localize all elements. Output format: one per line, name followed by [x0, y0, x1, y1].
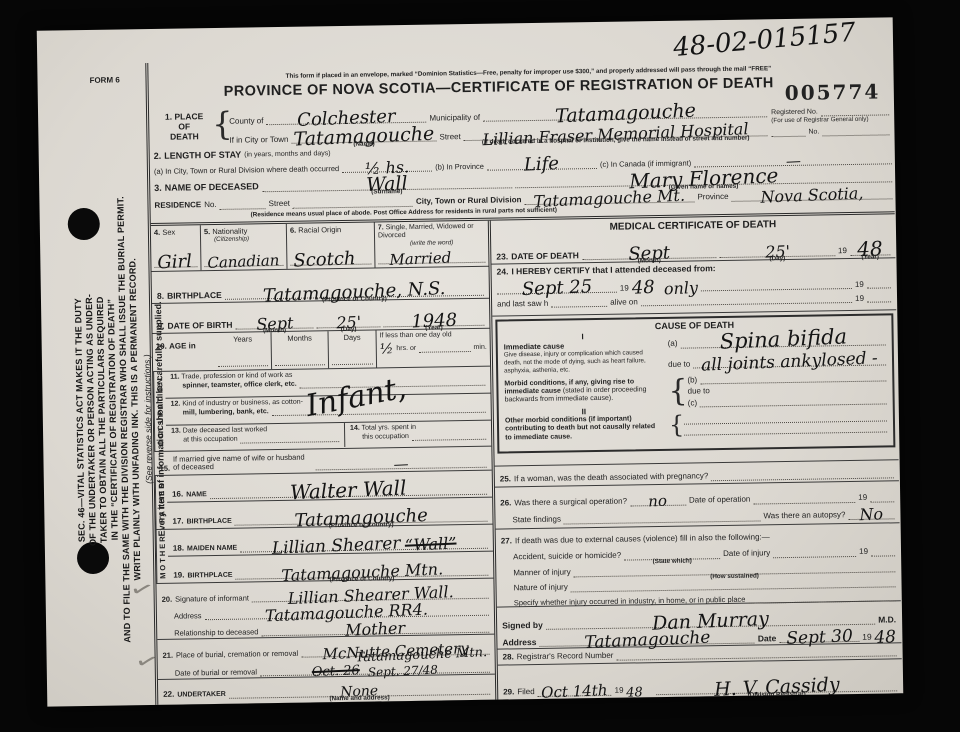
- external-causes-section: 27. If death was due to external causes …: [496, 523, 901, 607]
- cause-due-value: all joints ankylosed -: [701, 351, 878, 373]
- informant-relationship-field: Mother: [261, 621, 489, 636]
- nationality-value: Canadian: [207, 254, 280, 270]
- length-of-stay-note: (in years, months and days): [244, 151, 330, 161]
- physician-date-label: Date: [758, 633, 777, 643]
- accident-label: Accident, suicide or homicide?: [513, 551, 621, 562]
- morbid-conditions-label: Morbid conditions, if any, giving rise t…: [504, 378, 662, 406]
- cause-a-field: Spina bifida: [680, 329, 885, 348]
- filed-row: 29. Filed Oct 14th 19 48 H. V. Cassidy(D…: [498, 659, 902, 699]
- father-birthplace-label: BIRTHPLACE: [187, 517, 232, 526]
- age-hours-value: ½: [380, 344, 394, 356]
- father-birthplace-row: 17. BIRTHPLACE Tatamagouche(Province or …: [167, 498, 492, 529]
- municipality-label: Municipality of: [429, 112, 480, 122]
- racial-origin-label: Racial Origin: [298, 225, 341, 235]
- operation-label: Was there a surgical operation?: [514, 497, 627, 508]
- registered-no-field: [821, 105, 889, 116]
- racial-origin-cell: 6. Racial Origin Scotch: [287, 222, 376, 268]
- state-findings-field: [564, 511, 761, 524]
- certify-from-value: Sept 25: [521, 279, 592, 297]
- informant-section: 20. Signature of informant Lillian Shear…: [156, 579, 494, 640]
- nature-of-injury-label: Nature of injury: [513, 583, 567, 593]
- cause-due-field: all joints ankylosed -: [693, 353, 886, 368]
- undertaker-field: None(Name and address): [229, 685, 491, 699]
- father-side-label: FATHER: [155, 476, 168, 529]
- burial-section: 21. Place of burial, cremation or remova…: [157, 635, 495, 680]
- residence-province-field: Nova Scotia,: [731, 187, 892, 201]
- county-field: Colchester: [266, 109, 426, 125]
- mother-maiden-label: MAIDEN NAME: [187, 544, 237, 553]
- form-body: 4. Sex Girl 5. Nationality (Citizenship)…: [151, 211, 903, 706]
- residence-no-label: No.: [204, 200, 217, 210]
- age-row: 10. AGE in Years Months Days: [153, 329, 491, 372]
- mother-birthplace-row: 19. BIRTHPLACE Tatamagouche Mtn.(Provinc…: [168, 552, 493, 583]
- stay-c-value: —: [785, 155, 801, 168]
- accident-field: (State which): [624, 549, 720, 561]
- no-label: No.: [808, 128, 819, 137]
- spouse-field: —: [316, 457, 487, 470]
- burial-date-label: Date of burial or removal: [175, 667, 257, 677]
- physician-address-label: Address: [502, 637, 536, 648]
- registrar-only-note: (For use of Registrar General only): [771, 115, 889, 124]
- personal-column: 4. Sex Girl 5. Nationality (Citizenship)…: [151, 221, 498, 705]
- sex-value: Girl: [157, 254, 192, 271]
- dob-year-field: 1948(Year): [383, 312, 484, 327]
- city-label: If in City or Town: [229, 134, 288, 145]
- cause-a-value: Spina bifida: [719, 328, 847, 351]
- residence-city-label: City, Town or Rural Division: [416, 195, 522, 206]
- pencil-checkmark-icon: ✓: [127, 575, 156, 604]
- undertaker-row: 22. UNDERTAKER None(Name and address): [158, 675, 495, 702]
- informant-signature-label: Signature of informant: [175, 594, 249, 604]
- occupation-q14: 14. Total yrs. spent in this occupation: [344, 421, 491, 447]
- age-days-label: Days: [332, 333, 373, 343]
- marital-status-cell: 7. Single, Married, Widowed or Divorced …: [375, 221, 489, 268]
- place-of-death-section: 1. PLACE OF DEATH { County of Colchester…: [149, 99, 893, 147]
- autopsy-label: Was there an autopsy?: [763, 511, 845, 522]
- certificate-paper: SEC. 46—VITAL STATISTICS ACT MAKES IT TH…: [37, 17, 904, 706]
- father-name-label: NAME: [186, 491, 207, 500]
- pregnancy-label: If a woman, was the death associated wit…: [514, 472, 708, 485]
- division-registrar-field: H. V. Cassidy(Division Registrar): [656, 677, 897, 695]
- residence-no-field: [220, 199, 266, 210]
- birthplace-row: 8. BIRTHPLACE Tatamagouche, N.S.(Provinc…: [152, 267, 489, 304]
- autopsy-field: No: [848, 508, 894, 520]
- certify-only-value: only: [663, 281, 698, 296]
- marital-label: Single, Married, Widowed or Divorced: [378, 223, 474, 240]
- residence-province-value: Nova Scotia,: [760, 186, 864, 204]
- stay-a-field: ½ hs.: [342, 160, 432, 173]
- registrar-record-field: [616, 646, 896, 660]
- father-name-value: Walter Wall: [290, 479, 407, 501]
- surname-field: Wall(Surname): [262, 174, 512, 192]
- age-hours-cell: If less than one day old ½ hrs. or min.: [376, 329, 490, 368]
- age-hours-label: hrs. or: [396, 344, 416, 353]
- father-group: FATHER 16. NAME Walter Wall 17. BIRTHPLA…: [155, 471, 493, 530]
- date-of-death-label: DATE OF DEATH: [511, 250, 579, 261]
- stay-b-field: Life: [487, 156, 597, 171]
- other-morbid-label: Other morbid conditions (if important) c…: [505, 415, 663, 443]
- dod-month-field: Sept(Month): [582, 245, 717, 260]
- mother-maiden-struck-value: “Wall”: [404, 537, 456, 553]
- occupation-group: OCCUPATION 11. Trade, profession or kind…: [153, 367, 491, 452]
- filed-date-field: Oct 14th: [538, 685, 612, 697]
- occupation-q13: 13. Date deceased last worked at this oc…: [166, 423, 344, 450]
- cause-b-field: [700, 372, 886, 385]
- form-number-label: FORM 6: [89, 75, 119, 84]
- sex-label: Sex: [162, 228, 175, 237]
- immediate-cause-note: Give disease, injury or complication whi…: [504, 349, 662, 375]
- spouse-label: If married give name of wife or husband …: [173, 453, 313, 472]
- operation-value: no: [648, 495, 667, 509]
- marital-value: Married: [389, 252, 451, 267]
- undertaker-label: UNDERTAKER: [177, 690, 226, 699]
- autopsy-value: No: [859, 508, 883, 523]
- physician-signature-section: Signed by Dan Murray M.D. Address Tatama…: [497, 601, 902, 649]
- residence-city-field: Tatamagouche Mt.: [524, 190, 694, 204]
- spouse-value: —: [394, 458, 410, 471]
- operation-section: 26. Was there a surgical operation? no D…: [495, 481, 900, 529]
- age-years-cell: Years: [215, 332, 273, 370]
- residence-street-field: [293, 196, 413, 208]
- dod-day-field: 25'(Day): [719, 245, 835, 258]
- residence-province-label: Province: [697, 192, 728, 202]
- mother-side-label: MOTHER: [156, 530, 169, 583]
- age-label: AGE in: [169, 341, 196, 350]
- name-of-deceased-label: NAME OF DECEASED: [165, 182, 259, 194]
- filed-year-value: 48: [626, 687, 643, 699]
- filed-label: Filed: [517, 687, 534, 697]
- father-name-field: Walter Wall: [210, 480, 487, 499]
- md-label: M.D.: [878, 614, 896, 624]
- racial-origin-value: Scotch: [293, 251, 356, 269]
- informant-relationship-label: Relationship to deceased: [174, 627, 258, 637]
- registered-no-block: Registered No. (For use of Registrar Gen…: [771, 105, 889, 137]
- signed-by-label: Signed by: [502, 620, 543, 631]
- street-field: Lillian Fraser Memorial Hospital(If deat…: [464, 125, 768, 141]
- dod-year-field: 48(Year): [850, 240, 891, 256]
- cause-c-field: [700, 395, 887, 408]
- mother-birthplace-field: Tatamagouche Mtn.(Province or Country): [235, 564, 488, 580]
- other-morbid-field-2: [684, 421, 887, 435]
- age-months-cell: Months: [272, 331, 330, 369]
- filed-date-value: Oct 14th: [541, 684, 608, 700]
- father-birthplace-field: Tatamagouche(Province or Country): [235, 508, 488, 525]
- age-label-cell: 10. AGE in: [153, 333, 216, 371]
- nationality-cell: 5. Nationality (Citizenship) Canadian: [201, 224, 288, 270]
- informant-signature-field: Lillian Shearer Wall.: [252, 587, 489, 602]
- microfilm-background: SEC. 46—VITAL STATISTICS ACT MAKES IT TH…: [0, 0, 960, 732]
- stay-b-label: (b) In Province: [435, 162, 484, 172]
- registrar-record-label: Registrar's Record Number: [517, 651, 614, 662]
- street-label: Street: [439, 132, 460, 142]
- certificate-form: This form if placed in an envelope, mark…: [145, 51, 899, 705]
- age-months-label: Months: [275, 333, 325, 343]
- residence-label: RESIDENCE: [154, 200, 201, 210]
- mother-birthplace-label: BIRTHPLACE: [187, 571, 232, 580]
- dob-month-field: Sept(Month): [235, 317, 313, 330]
- residence-street-label: Street: [269, 199, 290, 209]
- birthplace-field: Tatamagouche, N.S.(Province or Country): [225, 282, 484, 299]
- brace-glyph: {: [668, 376, 688, 406]
- stay-b-value: Life: [524, 156, 560, 173]
- certify-section: 24. I HEREBY CERTIFY that I attended dec…: [491, 258, 896, 316]
- mother-maiden-field: Lillian Shearer “Wall”: [240, 536, 488, 552]
- county-label: County of: [229, 116, 263, 126]
- nationality-note: (Citizenship): [214, 235, 283, 243]
- birthplace-label: BIRTHPLACE: [167, 290, 222, 301]
- mother-group: MOTHER 18. MAIDEN NAME Lillian Shearer “…: [156, 525, 494, 584]
- date-of-birth-label: DATE OF BIRTH: [167, 320, 232, 331]
- row-4-7: 4. Sex Girl 5. Nationality (Citizenship)…: [151, 221, 489, 272]
- burial-place-value-2: Tatamagouche Mtn.: [356, 647, 488, 664]
- cause-of-death-section: CAUSE OF DEATH I Immediate cause Give di…: [492, 313, 898, 465]
- operation-date-label: Date of operation: [689, 495, 751, 506]
- city-field: Tatamagouche(Name): [291, 128, 436, 144]
- place-of-death-label: 1. PLACE OF DEATH: [155, 112, 213, 142]
- certify-from-field: Sept 25: [497, 280, 617, 295]
- stay-a-label: (a) In City, Town or Rural Division wher…: [154, 164, 339, 176]
- physician-address-field: Tatamagouche: [539, 631, 755, 647]
- dob-day-field: 25'(Day): [316, 316, 380, 329]
- state-findings-label: State findings: [512, 515, 561, 525]
- age-years-label: Years: [218, 334, 268, 344]
- sex-cell: 4. Sex Girl: [151, 225, 202, 271]
- cause-entries-pane: (a) Spina bifida due to all joints ankyl…: [665, 315, 893, 449]
- operation-field: no: [630, 495, 686, 507]
- pregnancy-field: [711, 468, 894, 481]
- physician-date-field: Sept 30: [779, 629, 859, 643]
- medical-column: MEDICAL CERTIFICATE OF DEATH 23. DATE OF…: [491, 214, 902, 699]
- cause-labels-pane: I Immediate cause Give disease, injury o…: [497, 319, 667, 452]
- certify-year-value: 48: [631, 280, 655, 296]
- length-of-stay-label: LENGTH OF STAY: [164, 150, 241, 162]
- manner-of-injury-label: Manner of injury: [513, 568, 571, 578]
- age-min-label: min.: [473, 343, 486, 352]
- injury-date-label: Date of injury: [723, 549, 770, 559]
- brace-glyph: {: [669, 413, 685, 437]
- informant-address-label: Address: [174, 611, 202, 620]
- age-less-note: If less than one day old: [380, 331, 487, 340]
- residence-city-value: Tatamagouche Mt.: [533, 189, 685, 209]
- age-days-cell: Days: [328, 330, 377, 368]
